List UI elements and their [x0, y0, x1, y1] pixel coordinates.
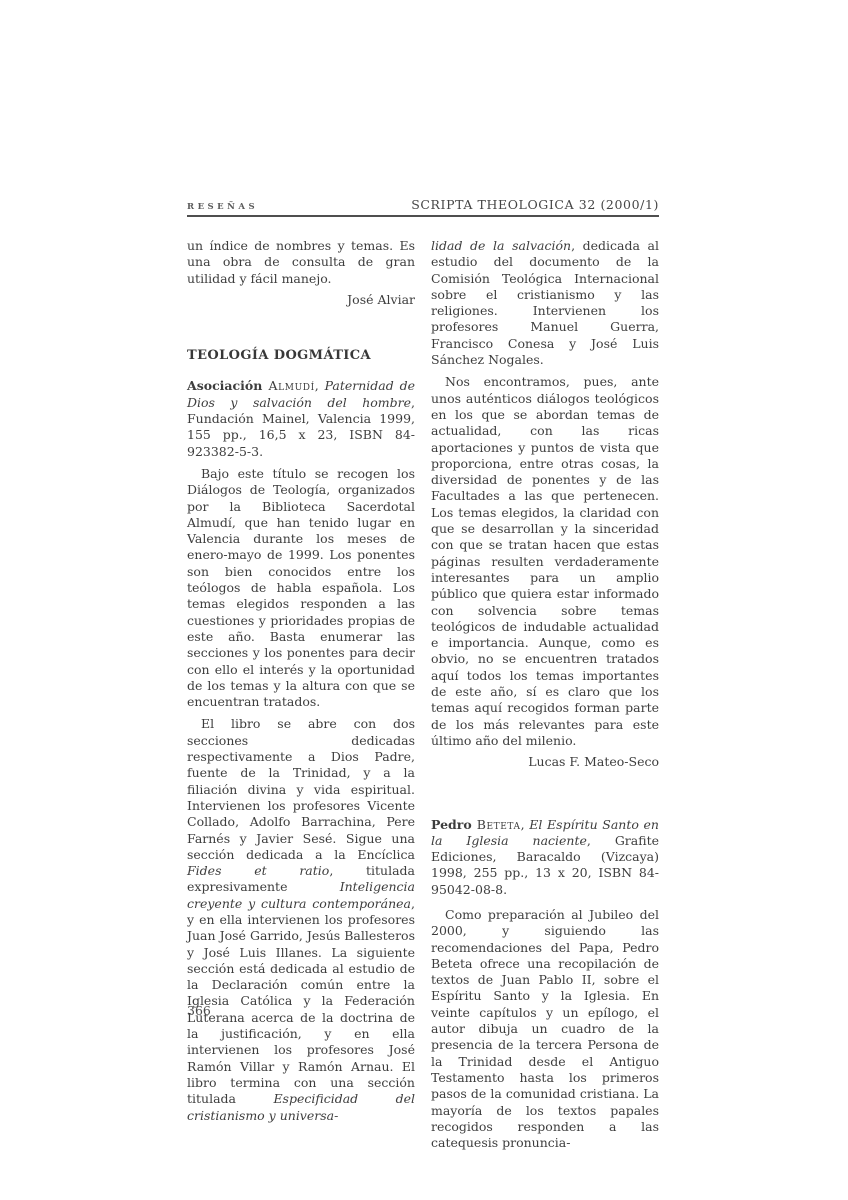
- page-header: RESEÑAS SCRIPTA THEOLOGICA 32 (2000/1): [187, 197, 659, 217]
- left-column: un índice de nombres y temas. Es una obr…: [187, 238, 415, 1151]
- bibliographic-entry-almudi: Asociación Almudí, Paternidad de Dios y …: [187, 378, 415, 459]
- right-column: lidad de la salvación, dedicada al estud…: [431, 238, 659, 1151]
- bibliographic-entry-beteta: Pedro Beteta, El Espíritu Santo en la Ig…: [431, 817, 659, 898]
- running-head-section: RESEÑAS: [187, 202, 258, 212]
- paragraph-bajo-este-titulo: Bajo este título se recogen los Diálogos…: [187, 466, 415, 710]
- two-column-text: un índice de nombres y temas. Es una obr…: [187, 238, 659, 1151]
- paragraph-el-libro-se-abre: El libro se abre con dos secciones dedic…: [187, 716, 415, 1123]
- reviewer-signature-alviar: José Alviar: [187, 292, 415, 308]
- reviewer-signature-mateo-seco: Lucas F. Mateo-Seco: [431, 754, 659, 770]
- section-heading-teologia-dogmatica: TEOLOGÍA DOGMÁTICA: [187, 348, 415, 364]
- paragraph-como-preparacion: Como preparación al Jubileo del 2000, y …: [431, 907, 659, 1151]
- page-number: 366: [187, 1003, 211, 1018]
- paragraph-lidad-continuation: lidad de la salvación, dedicada al estud…: [431, 238, 659, 368]
- paragraph-review-closing: un índice de nombres y temas. Es una obr…: [187, 238, 415, 287]
- paragraph-nos-encontramos: Nos encontramos, pues, ante unos auténti…: [431, 374, 659, 749]
- journal-page: RESEÑAS SCRIPTA THEOLOGICA 32 (2000/1) u…: [0, 0, 848, 1200]
- page-content: RESEÑAS SCRIPTA THEOLOGICA 32 (2000/1) u…: [187, 197, 659, 1151]
- running-head-journal-title: SCRIPTA THEOLOGICA 32 (2000/1): [411, 197, 659, 212]
